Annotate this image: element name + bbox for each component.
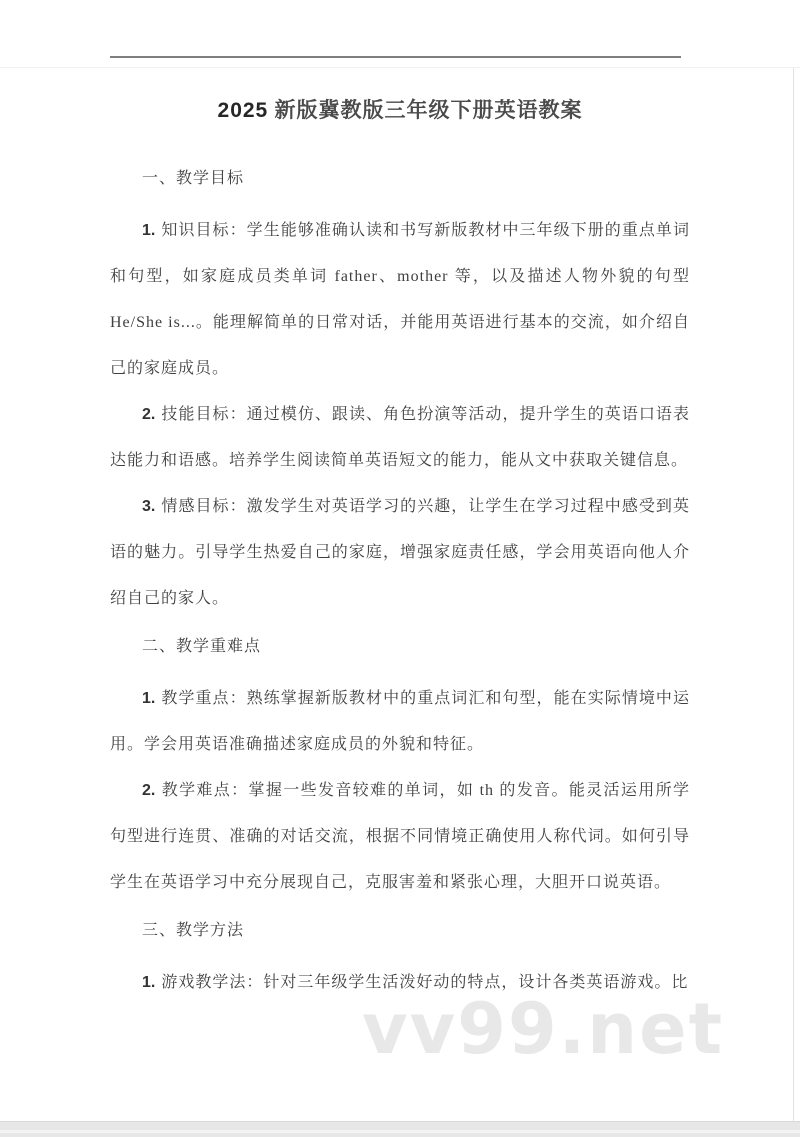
section-heading-key-difficult-points: 二、教学重难点 [110, 624, 690, 670]
paragraph: 3.情感目标：激发学生对英语学习的兴趣，让学生在学习过程中感受到英语的魅力。引导… [110, 484, 690, 622]
page-right-edge-line [793, 68, 794, 1121]
title-year: 2025 [218, 99, 269, 122]
paragraph-number: 2. [142, 406, 155, 423]
paragraph: 2.教学难点：掌握一些发音较难的单词，如 th 的发音。能灵活运用所学句型进行连… [110, 768, 690, 906]
page-gap-divider [0, 1121, 800, 1137]
paragraph-number: 1. [142, 690, 155, 707]
document-page[interactable]: 2025 新版冀教版三年级下册英语教案 一、教学目标 1.知识目标：学生能够准确… [0, 68, 793, 1121]
document-viewer: 2025 新版冀教版三年级下册英语教案 一、教学目标 1.知识目标：学生能够准确… [0, 0, 800, 1137]
page-content: 2025 新版冀教版三年级下册英语教案 一、教学目标 1.知识目标：学生能够准确… [110, 68, 690, 1006]
paragraph: 1.知识目标：学生能够准确认读和书写新版教材中三年级下册的重点单词和句型，如家庭… [110, 208, 690, 392]
page-gap-stripe [0, 1130, 800, 1133]
paragraph-number: 1. [142, 222, 155, 239]
paragraph-number: 1. [142, 974, 155, 991]
watermark: vv99.net [362, 994, 724, 1064]
page-title: 2025 新版冀教版三年级下册英语教案 [110, 95, 690, 126]
paragraph: 2.技能目标：通过模仿、跟读、角色扮演等活动，提升学生的英语口语表达能力和语感。… [110, 392, 690, 484]
paragraph-text: 教学重点：熟练掌握新版教材中的重点词汇和句型，能在实际情境中运用。学会用英语准确… [110, 690, 690, 753]
section-heading-teaching-methods: 三、教学方法 [110, 908, 690, 954]
section-heading-teaching-goals: 一、教学目标 [110, 156, 690, 202]
paragraph-text: 技能目标：通过模仿、跟读、角色扮演等活动，提升学生的英语口语表达能力和语感。培养… [110, 406, 690, 469]
paragraph-number: 3. [142, 498, 155, 515]
top-horizontal-rule [110, 56, 681, 58]
paragraph-text: 情感目标：激发学生对英语学习的兴趣，让学生在学习过程中感受到英语的魅力。引导学生… [110, 498, 690, 607]
paragraph-text: 知识目标：学生能够准确认读和书写新版教材中三年级下册的重点单词和句型，如家庭成员… [110, 222, 690, 377]
paragraph-number: 2. [142, 782, 155, 799]
paragraph-text: 教学难点：掌握一些发音较难的单词，如 th 的发音。能灵活运用所学句型进行连贯、… [110, 782, 690, 891]
paragraph: 1.教学重点：熟练掌握新版教材中的重点词汇和句型，能在实际情境中运用。学会用英语… [110, 676, 690, 768]
title-text: 新版冀教版三年级下册英语教案 [274, 98, 582, 122]
